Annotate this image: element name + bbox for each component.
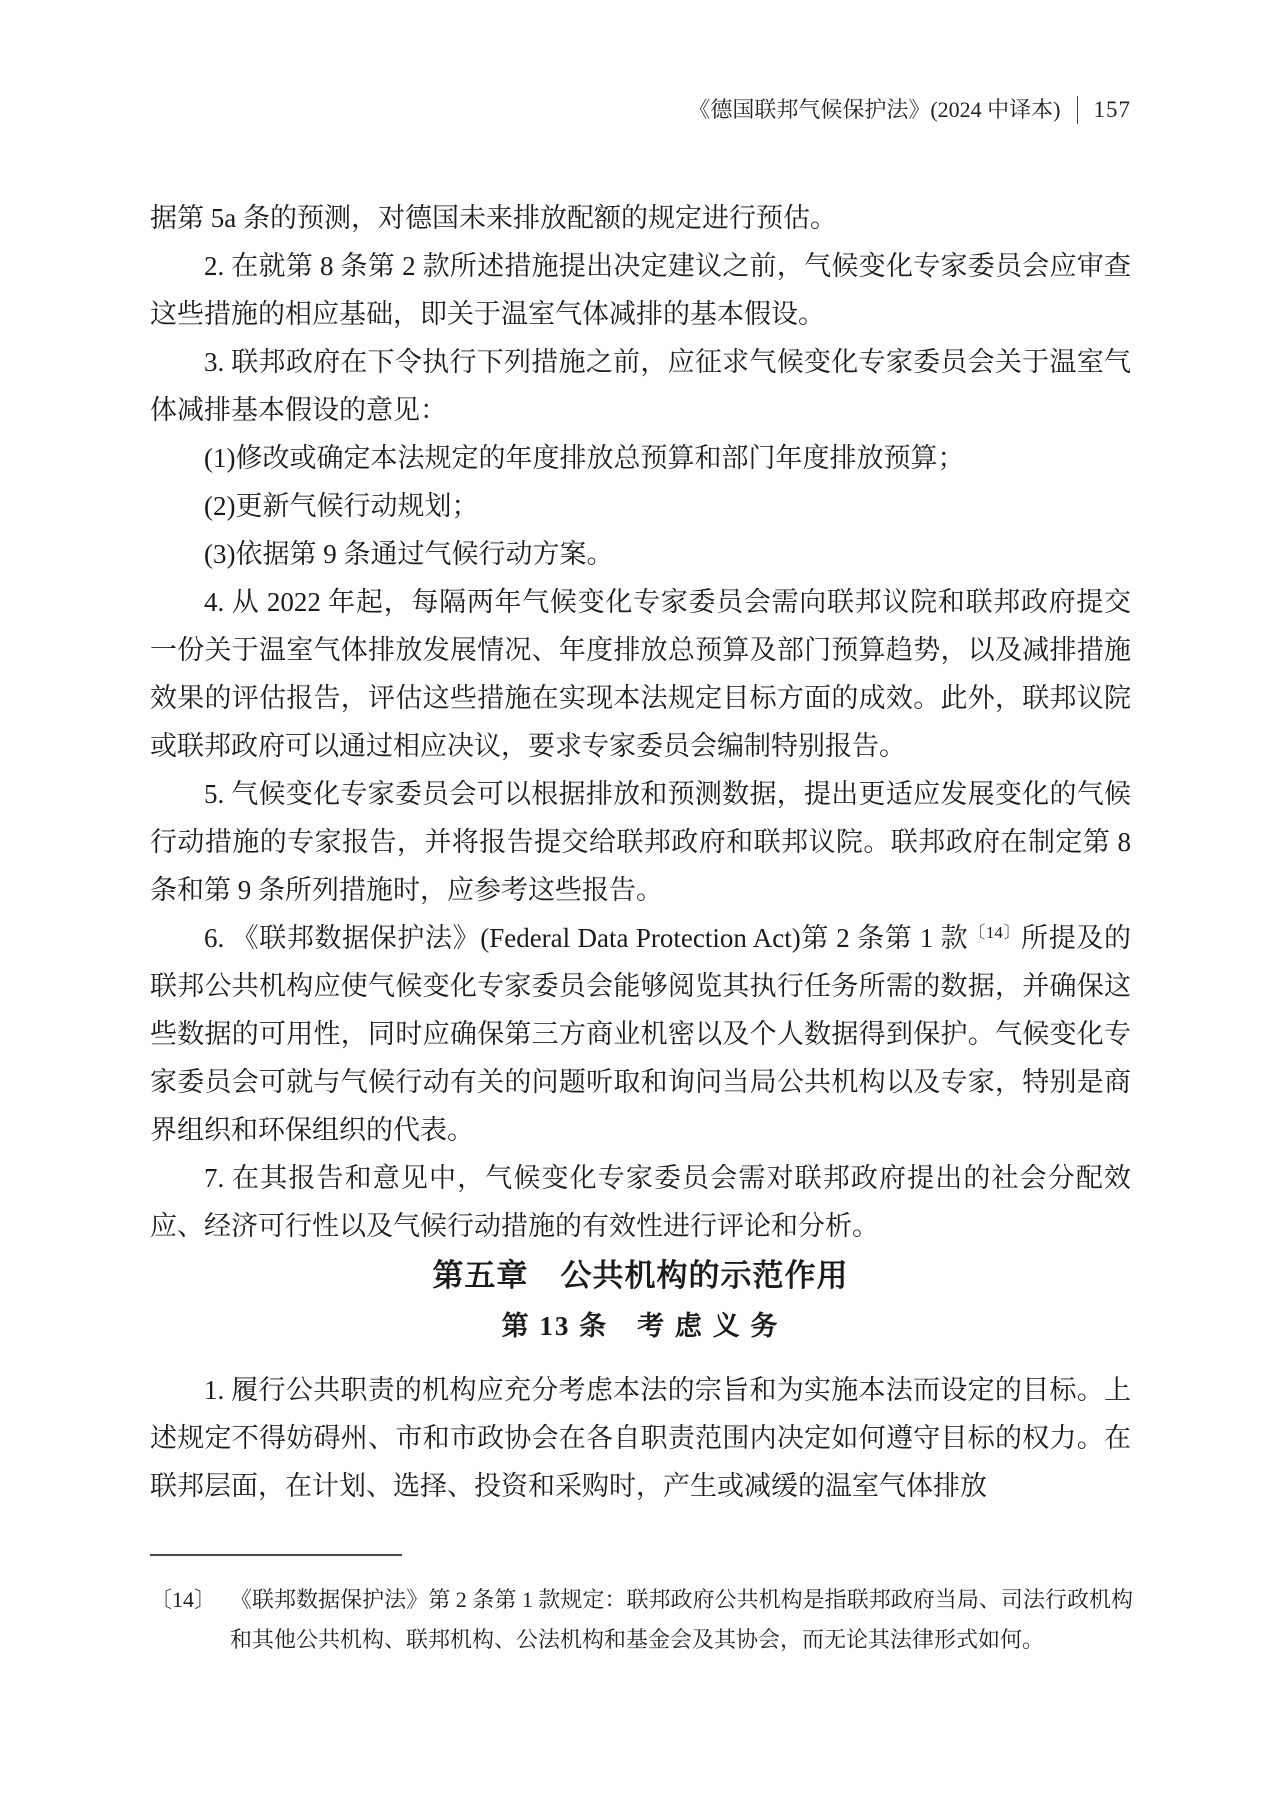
main-text-block: 据第 5a 条的预测，对德国未来排放配额的规定进行预估。 2. 在就第 8 条第… [150,194,1131,1510]
page-number: 157 [1094,94,1132,126]
paragraph-article-1: 1. 履行公共职责的机构应充分考虑本法的宗旨和为实施本法而设定的目标。上述规定不… [150,1366,1131,1510]
running-head: 《德国联邦气候保护法》(2024 中译本) 157 [0,94,1131,126]
footnote-block: 〔14〕 《联邦数据保护法》第 2 条第 1 款规定：联邦政府公共机构是指联邦政… [150,1554,1133,1660]
chapter-heading: 第五章 公共机构的示范作用 [150,1250,1131,1302]
paragraph-5: 5. 气候变化专家委员会可以根据排放和预测数据，提出更适应发展变化的气候行动措施… [150,770,1131,914]
paragraph-carryover: 据第 5a 条的预测，对德国未来排放配额的规定进行预估。 [150,194,1131,242]
list-item-3: (3)依据第 9 条通过气候行动方案。 [150,530,1131,578]
book-page: 《德国联邦气候保护法》(2024 中译本) 157 据第 5a 条的预测，对德国… [0,0,1269,1804]
running-head-divider [1077,96,1078,124]
paragraph-6: 6. 《联邦数据保护法》(Federal Data Protection Act… [150,914,1131,1154]
footnote-14-label: 〔14〕 [150,1580,216,1660]
article-heading: 第 13 条 考 虑 义 务 [150,1302,1131,1350]
paragraph-4: 4. 从 2022 年起，每隔两年气候变化专家委员会需向联邦议院和联邦政府提交一… [150,578,1131,770]
footnote-14: 〔14〕 《联邦数据保护法》第 2 条第 1 款规定：联邦政府公共机构是指联邦政… [150,1580,1133,1660]
paragraph-7: 7. 在其报告和意见中，气候变化专家委员会需对联邦政府提出的社会分配效应、经济可… [150,1154,1131,1250]
paragraph-6-text-pre: 6. 《联邦数据保护法》(Federal Data Protection Act… [204,923,968,953]
list-item-2: (2)更新气候行动规划； [150,482,1131,530]
footnote-separator-rule [150,1554,402,1556]
paragraph-3: 3. 联邦政府在下令执行下列措施之前，应征求气候变化专家委员会关于温室气体减排基… [150,338,1131,434]
paragraph-2: 2. 在就第 8 条第 2 款所述措施提出决定建议之前，气候变化专家委员会应审查… [150,242,1131,338]
paragraph-6-text-post: 所提及的联邦公共机构应使气候变化专家委员会能够阅览其执行任务所需的数据，并确保这… [150,923,1131,1145]
running-head-book-title: 《德国联邦气候保护法》(2024 中译本) [688,94,1060,126]
list-item-1: (1)修改或确定本法规定的年度排放总预算和部门年度排放预算； [150,434,1131,482]
footnote-ref-14: 〔14〕 [968,923,1021,942]
footnote-14-text: 《联邦数据保护法》第 2 条第 1 款规定：联邦政府公共机构是指联邦政府当局、司… [230,1580,1133,1660]
